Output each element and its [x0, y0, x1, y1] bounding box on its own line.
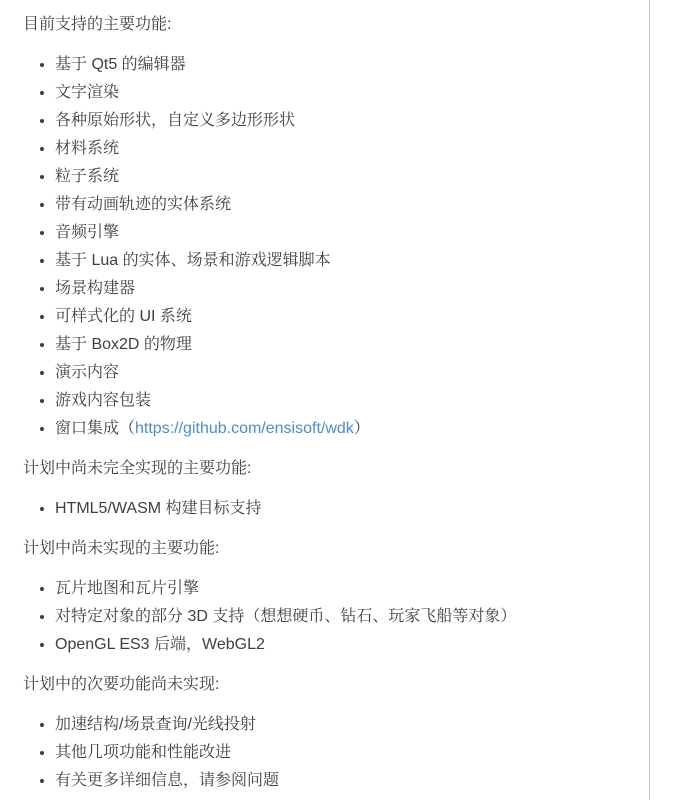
- feature-item: 材料系统: [55, 137, 639, 161]
- feature-item: 音频引擎: [55, 221, 639, 245]
- document-content: 目前支持的主要功能: 基于 Qt5 的编辑器 文字渲染 各种原始形状，自定义多边…: [0, 0, 650, 800]
- section-heading-supported: 目前支持的主要功能:: [23, 13, 639, 37]
- feature-list-planned: 瓦片地图和瓦片引擎 对特定对象的部分 3D 支持（想想硬币、钻石、玩家飞船等对象…: [23, 577, 639, 657]
- section-heading-planned-partial: 计划中尚未完全实现的主要功能:: [23, 457, 639, 481]
- feature-item: 文字渲染: [55, 81, 639, 105]
- feature-item: 加速结构/场景查询/光线投射: [55, 713, 639, 737]
- feature-item: 基于 Box2D 的物理: [55, 333, 639, 357]
- feature-item: 有关更多详细信息，请参阅问题: [55, 769, 639, 793]
- feature-item: 演示内容: [55, 361, 639, 385]
- feature-item: 基于 Lua 的实体、场景和游戏逻辑脚本: [55, 249, 639, 273]
- feature-item: 带有动画轨迹的实体系统: [55, 193, 639, 217]
- feature-list-planned-partial: HTML5/WASM 构建目标支持: [23, 497, 639, 521]
- feature-item-window-integration: 窗口集成（https://github.com/ensisoft/wdk）: [55, 417, 639, 441]
- feature-item: 场景构建器: [55, 277, 639, 301]
- feature-item: 游戏内容包装: [55, 389, 639, 413]
- feature-item-prefix: 窗口集成（: [55, 420, 135, 437]
- feature-item: HTML5/WASM 构建目标支持: [55, 497, 639, 521]
- feature-item: 其他几项功能和性能改进: [55, 741, 639, 765]
- feature-list-supported: 基于 Qt5 的编辑器 文字渲染 各种原始形状，自定义多边形形状 材料系统 粒子…: [23, 53, 639, 441]
- feature-item: 可样式化的 UI 系统: [55, 305, 639, 329]
- feature-item: 粒子系统: [55, 165, 639, 189]
- feature-item: 对特定对象的部分 3D 支持（想想硬币、钻石、玩家飞船等对象）: [55, 605, 639, 629]
- feature-item: 基于 Qt5 的编辑器: [55, 53, 639, 77]
- page: 目前支持的主要功能: 基于 Qt5 的编辑器 文字渲染 各种原始形状，自定义多边…: [0, 0, 696, 800]
- feature-item-suffix: ）: [354, 420, 370, 437]
- feature-item: 瓦片地图和瓦片引擎: [55, 577, 639, 601]
- section-heading-planned: 计划中尚未实现的主要功能:: [23, 537, 639, 561]
- section-heading-secondary: 计划中的次要功能尚未实现:: [23, 673, 639, 697]
- feature-list-secondary: 加速结构/场景查询/光线投射 其他几项功能和性能改进 有关更多详细信息，请参阅问…: [23, 713, 639, 793]
- feature-item: OpenGL ES3 后端，WebGL2: [55, 633, 639, 657]
- feature-item: 各种原始形状，自定义多边形形状: [55, 109, 639, 133]
- wdk-github-link[interactable]: https://github.com/ensisoft/wdk: [135, 420, 354, 437]
